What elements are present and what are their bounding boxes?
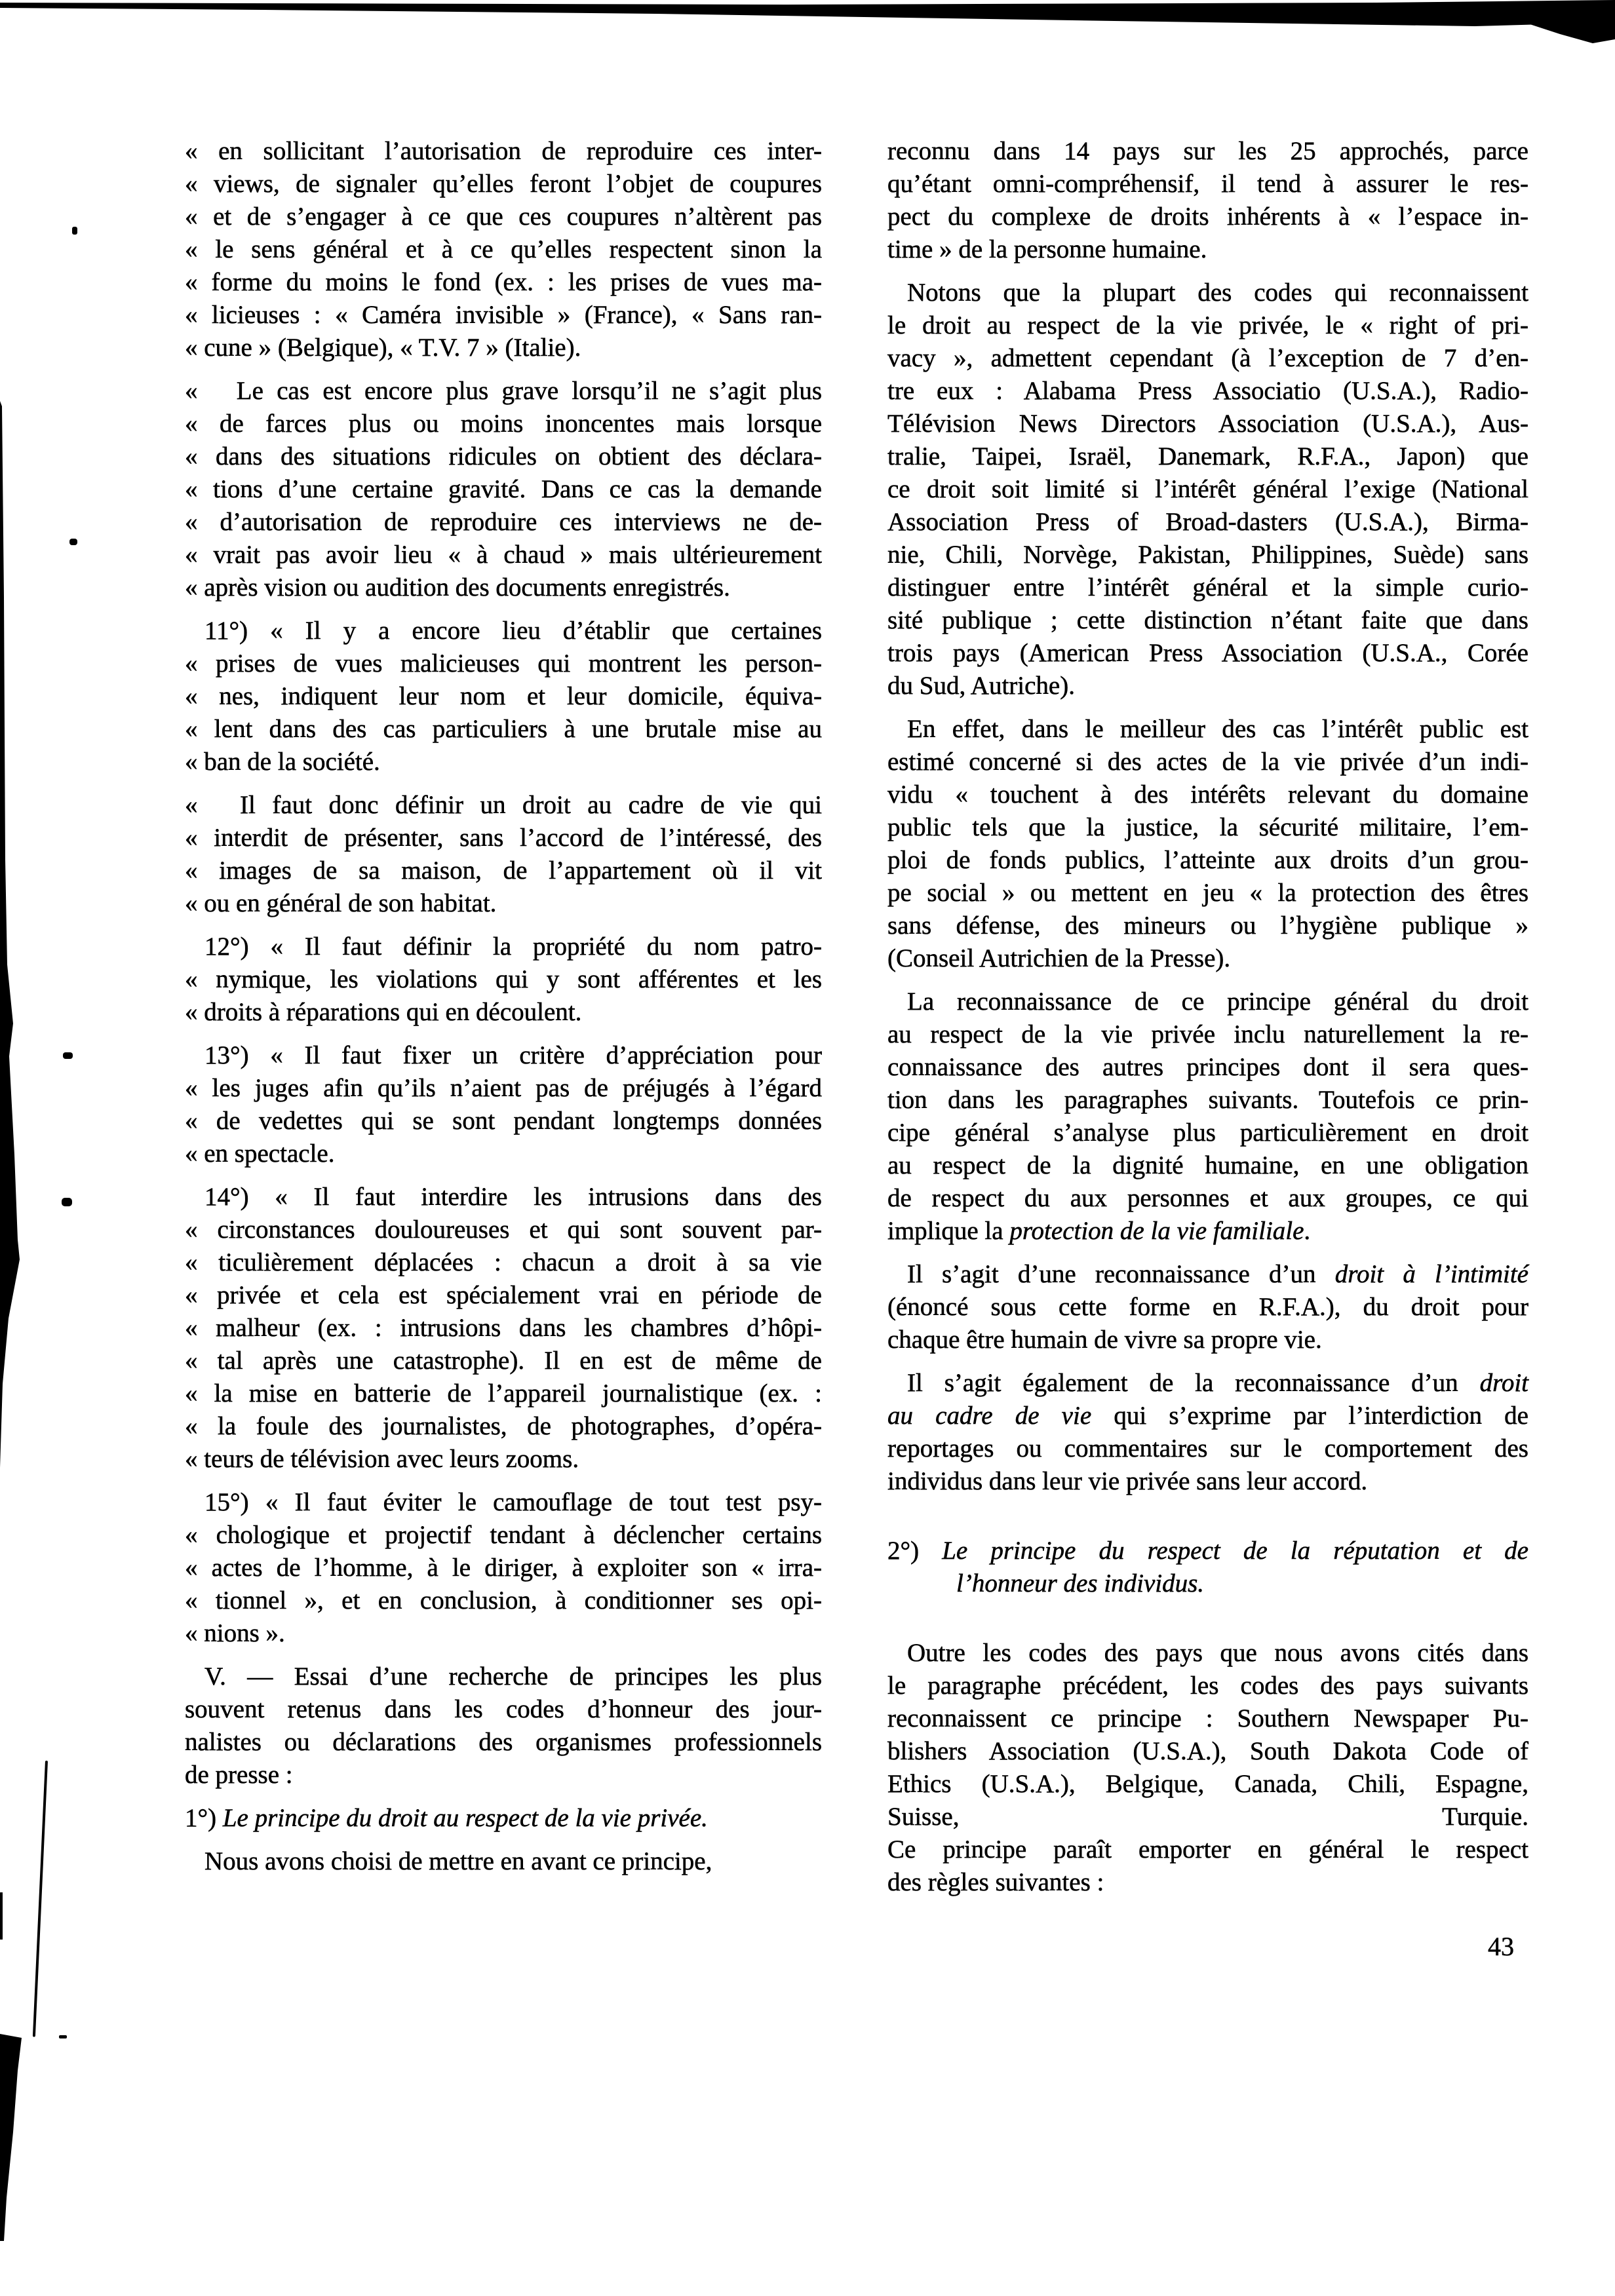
text-line: individus dans leur vie privée sans leur… (887, 1465, 1528, 1498)
text-line: Outre les codes des pays que nous avons … (887, 1637, 1528, 1670)
text-line: « interdit de présenter, sans l’accord d… (185, 822, 822, 854)
text-line: Ethics (U.S.A.), Belgique, Canada, Chili… (887, 1768, 1528, 1801)
text-line: cipe général s’analyse plus particulière… (887, 1117, 1528, 1149)
text-line: public tels que la justice, la sécurité … (887, 811, 1528, 844)
text-line: « et de s’engager à ce que ces coupures … (185, 201, 822, 233)
text-line: Nous avons choisi de mettre en avant ce … (185, 1845, 822, 1878)
text-line: « Le cas est encore plus grave lorsqu’il… (185, 375, 822, 408)
text-line: « nions ». (185, 1617, 822, 1650)
scan-artifact-speck (62, 1198, 72, 1206)
scan-artifact-speck (72, 227, 77, 235)
text-line: estimé concerné si des actes de la vie p… (887, 746, 1528, 778)
paragraph: 12°) « Il faut définir la propriété du n… (185, 930, 822, 1029)
text-line: 15°) « Il faut éviter le camouflage de t… (185, 1486, 822, 1519)
text-line: Suisse, Turquie. (887, 1801, 1528, 1833)
text-line: « actes de l’homme, à le diriger, à expl… (185, 1552, 822, 1584)
text-line: reconnaissent ce principe : Southern New… (887, 1702, 1528, 1735)
text-line: « de farces plus ou moins inoncentes mai… (185, 408, 822, 440)
text-line: tion dans les paragraphes suivants. Tout… (887, 1084, 1528, 1117)
text-line: « teurs de télévision avec leurs zooms. (185, 1443, 822, 1476)
paragraph: 11°) « Il y a encore lieu d’établir que … (185, 615, 822, 778)
text-line: « views, de signaler qu’elles feront l’o… (185, 168, 822, 201)
text-line: Il s’agit également de la reconnaissance… (887, 1367, 1528, 1400)
text-line: « circonstances douloureuses et qui sont… (185, 1214, 822, 1246)
scan-artifact-top-edge (0, 0, 1615, 46)
text-line: distinguer entre l’intérêt général et la… (887, 571, 1528, 604)
text-line: Notons que la plupart des codes qui reco… (887, 277, 1528, 309)
text-line: nie, Chili, Norvège, Pakistan, Philippin… (887, 539, 1528, 571)
text-line: « tions d’une certaine gravité. Dans ce … (185, 473, 822, 506)
scan-artifact-left-edge-tick (0, 1892, 3, 1940)
text-line: « privée et cela est spécialement vrai e… (185, 1279, 822, 1312)
text-line: time » de la personne humaine. (887, 233, 1528, 266)
text-line: « après vision ou audition des documents… (185, 571, 822, 604)
paragraph: 13°) « Il faut fixer un critère d’appréc… (185, 1039, 822, 1170)
paragraph: « Il faut donc définir un droit au cadre… (185, 789, 822, 920)
text-line: 1°) Le principe du droit au respect de l… (185, 1802, 822, 1835)
text-line: 11°) « Il y a encore lieu d’établir que … (185, 615, 822, 647)
text-line: « les juges afin qu’ils n’aient pas de p… (185, 1072, 822, 1105)
text-line: Télévision News Directors Association (U… (887, 408, 1528, 440)
text-line: « tionnel », et en conclusion, à conditi… (185, 1584, 822, 1617)
paragraph: La reconnaissance de ce principe général… (887, 985, 1528, 1248)
paragraph: 14°) « Il faut interdire les intrusions … (185, 1181, 822, 1476)
text-line: du Sud, Autriche). (887, 670, 1528, 702)
text-line: chaque être humain de vivre sa propre vi… (887, 1324, 1528, 1356)
text-line: des règles suivantes : (887, 1866, 1528, 1899)
text-line: qu’étant omni-compréhensif, il tend à as… (887, 168, 1528, 201)
text-line: « droits à réparations qui en découlent. (185, 996, 822, 1029)
text-line: En effet, dans le meilleur des cas l’int… (887, 713, 1528, 746)
scanned-document-page: « en sollicitant l’autorisation de repro… (0, 0, 1615, 2296)
paragraph: V. — Essai d’une recherche de principes … (185, 1660, 822, 1791)
paragraph: En effet, dans le meilleur des cas l’int… (887, 713, 1528, 975)
text-line: « nymique, les violations qui y sont aff… (185, 963, 822, 996)
text-line: « Il faut donc définir un droit au cadre… (185, 789, 822, 822)
paragraph: « Le cas est encore plus grave lorsqu’il… (185, 375, 822, 604)
text-line: La reconnaissance de ce principe général… (887, 985, 1528, 1018)
text-line: « nes, indiquent leur nom et leur domici… (185, 680, 822, 713)
scan-artifact-left-band (0, 401, 22, 1469)
paragraph: 1°) Le principe du droit au respect de l… (185, 1802, 822, 1835)
text-line: souvent retenus dans les codes d’honneur… (185, 1693, 822, 1726)
text-line: « lent dans des cas particuliers à une b… (185, 713, 822, 746)
text-line: de respect du aux personnes et aux group… (887, 1182, 1528, 1215)
text-line: reportages ou commentaires sur le compor… (887, 1432, 1528, 1465)
paragraph: Nous avons choisi de mettre en avant ce … (185, 1845, 822, 1878)
paragraph: Il s’agit d’une reconnaissance d’un droi… (887, 1258, 1528, 1356)
text-line: « malheur (ex. : intrusions dans les cha… (185, 1312, 822, 1345)
text-line: « ticulièrement déplacées : chacun a dro… (185, 1246, 822, 1279)
text-line: « d’autorisation de reproduire ces inter… (185, 506, 822, 539)
scan-artifact-bottom-left-blob (0, 2034, 24, 2244)
paragraph: 15°) « Il faut éviter le camouflage de t… (185, 1486, 822, 1650)
text-line: au respect de la dignité humaine, en une… (887, 1149, 1528, 1182)
text-line: « la mise en batterie de l’appareil jour… (185, 1377, 822, 1410)
paragraph: Il s’agit également de la reconnaissance… (887, 1367, 1528, 1498)
text-line: tre eux : Alabama Press Associatio (U.S.… (887, 375, 1528, 408)
text-line: « chologique et projectif tendant à décl… (185, 1519, 822, 1552)
paragraph: 2°) Le principe du respect de la réputat… (887, 1535, 1528, 1600)
text-line: Il s’agit d’une reconnaissance d’un droi… (887, 1258, 1528, 1291)
scan-artifact-diagonal-stroke (33, 1761, 48, 2037)
text-line: 12°) « Il faut définir la propriété du n… (185, 930, 822, 963)
text-line: au respect de la vie privée inclu nature… (887, 1018, 1528, 1051)
text-line: vacy », admettent cependant (à l’excepti… (887, 342, 1528, 375)
text-line: trois pays (American Press Association (… (887, 637, 1528, 670)
text-line: (Conseil Autrichien de la Presse). (887, 942, 1528, 975)
right-text-column: reconnu dans 14 pays sur les 25 approché… (887, 135, 1528, 1899)
text-line: Association Press of Broad-dasters (U.S.… (887, 506, 1528, 539)
text-line: « en spectacle. (185, 1138, 822, 1170)
text-line: blishers Association (U.S.A.), South Dak… (887, 1735, 1528, 1768)
text-line: le paragraphe précédent, les codes des p… (887, 1670, 1528, 1702)
text-line: ploi de fonds publics, l’atteinte aux dr… (887, 844, 1528, 877)
text-line: le droit au respect de la vie privée, le… (887, 309, 1528, 342)
page-number: 43 (1409, 1930, 1514, 1963)
text-line: « dans des situations ridicules on obtie… (185, 440, 822, 473)
text-line: de presse : (185, 1759, 822, 1791)
text-line: « le sens général et à ce qu’elles respe… (185, 233, 822, 266)
text-line: au cadre de vie qui s’exprime par l’inte… (887, 1400, 1528, 1432)
text-line: pect du complexe de droits inhérents à «… (887, 201, 1528, 233)
paragraph: Notons que la plupart des codes qui reco… (887, 277, 1528, 702)
text-line: 13°) « Il faut fixer un critère d’appréc… (185, 1039, 822, 1072)
text-line: (énoncé sous cette forme en R.F.A.), du … (887, 1291, 1528, 1324)
text-line: l’honneur des individus. (887, 1567, 1528, 1600)
scan-artifact-speck (63, 1052, 73, 1059)
text-line: sité publique ; cette distinction n’étan… (887, 604, 1528, 637)
text-line: « cune » (Belgique), « T.V. 7 » (Italie)… (185, 332, 822, 364)
text-line: 2°) Le principe du respect de la réputat… (887, 1535, 1528, 1567)
text-line: connaissance des autres principes dont i… (887, 1051, 1528, 1084)
text-line: « la foule des journalistes, de photogra… (185, 1410, 822, 1443)
text-line: 14°) « Il faut interdire les intrusions … (185, 1181, 822, 1214)
text-line: « prises de vues malicieuses qui montren… (185, 647, 822, 680)
left-text-column: « en sollicitant l’autorisation de repro… (185, 135, 822, 1878)
text-line: tralie, Taipei, Israël, Danemark, R.F.A.… (887, 440, 1528, 473)
scan-artifact-speck (69, 539, 77, 545)
text-line: implique la protection de la vie familia… (887, 1215, 1528, 1248)
text-line: « forme du moins le fond (ex. : les pris… (185, 266, 822, 299)
text-line: « de vedettes qui se sont pendant longte… (185, 1105, 822, 1138)
text-line: Ce principe paraît emporter en général l… (887, 1833, 1528, 1866)
text-line: nalistes ou déclarations des organismes … (185, 1726, 822, 1759)
text-line: « en sollicitant l’autorisation de repro… (185, 135, 822, 168)
text-line: pe social » ou mettent en jeu « la prote… (887, 877, 1528, 909)
paragraph: Outre les codes des pays que nous avons … (887, 1637, 1528, 1899)
text-line: V. — Essai d’une recherche de principes … (185, 1660, 822, 1693)
text-line: « vrait pas avoir lieu « à chaud » mais … (185, 539, 822, 571)
text-line: vidu « touchent à des intérêts relevant … (887, 778, 1528, 811)
paragraph: « en sollicitant l’autorisation de repro… (185, 135, 822, 364)
text-line: « licieuses : « Caméra invisible » (Fran… (185, 299, 822, 332)
text-line: ce droit soit limité si l’intérêt généra… (887, 473, 1528, 506)
text-line: sans défense, des mineurs ou l’hygiène p… (887, 909, 1528, 942)
text-line: reconnu dans 14 pays sur les 25 approché… (887, 135, 1528, 168)
scan-artifact-speck (59, 2035, 67, 2038)
text-line: « images de sa maison, de l’appartement … (185, 854, 822, 887)
paragraph: reconnu dans 14 pays sur les 25 approché… (887, 135, 1528, 266)
text-line: « tal après une catastrophe). Il en est … (185, 1345, 822, 1377)
text-line: « ou en général de son habitat. (185, 887, 822, 920)
text-line: « ban de la société. (185, 746, 822, 778)
